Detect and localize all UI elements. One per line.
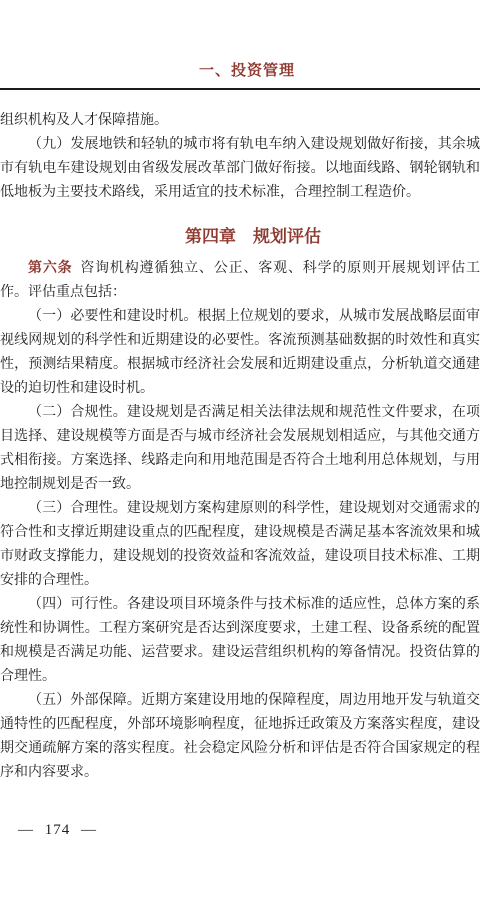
paragraph-item-4: （四）可行性。各建设项目环境条件与技术标准的适应性，总体方案的系统性和协调性。工… <box>0 593 480 689</box>
paragraph-item-5: （五）外部保障。近期方案建设用地的保障程度，周边用地开发与轨道交通特性的匹配程度… <box>0 689 480 785</box>
page-number: — 174 — <box>18 820 97 840</box>
paragraph-item-3: （三）合理性。建设规划方案构建原则的科学性，建设规划对交通需求的符合性和支撑近期… <box>0 497 480 593</box>
paragraph-carryover: 组织机构及人才保障措施。 <box>0 109 480 133</box>
header-rule <box>0 88 480 90</box>
running-head: 一、投资管理 <box>7 62 480 80</box>
paragraph-item-nine: （九）发展地铁和轻轨的城市将有轨电车纳入建设规划做好衔接，其余城市有轨电车建设规… <box>0 133 480 205</box>
paragraph-article-six: 第六条咨询机构遵循独立、公正、客观、科学的原则开展规划评估工作。评估重点包括： <box>0 257 480 305</box>
paragraph-item-1: （一）必要性和建设时机。根据上位规划的要求，从城市发展战略层面审视线网规划的科学… <box>0 305 480 401</box>
paragraph-item-2: （二）合规性。建设规划是否满足相关法律法规和规范性文件要求，在项目选择、建设规模… <box>0 401 480 497</box>
document-page: 一、投资管理 组织机构及人才保障措施。 （九）发展地铁和轻轨的城市将有轨电车纳入… <box>0 0 480 906</box>
document-body: 组织机构及人才保障措施。 （九）发展地铁和轻轨的城市将有轨电车纳入建设规划做好衔… <box>0 109 480 785</box>
chapter-heading: 第四章 规划评估 <box>13 225 480 249</box>
article-number-label: 第六条 <box>28 261 73 276</box>
